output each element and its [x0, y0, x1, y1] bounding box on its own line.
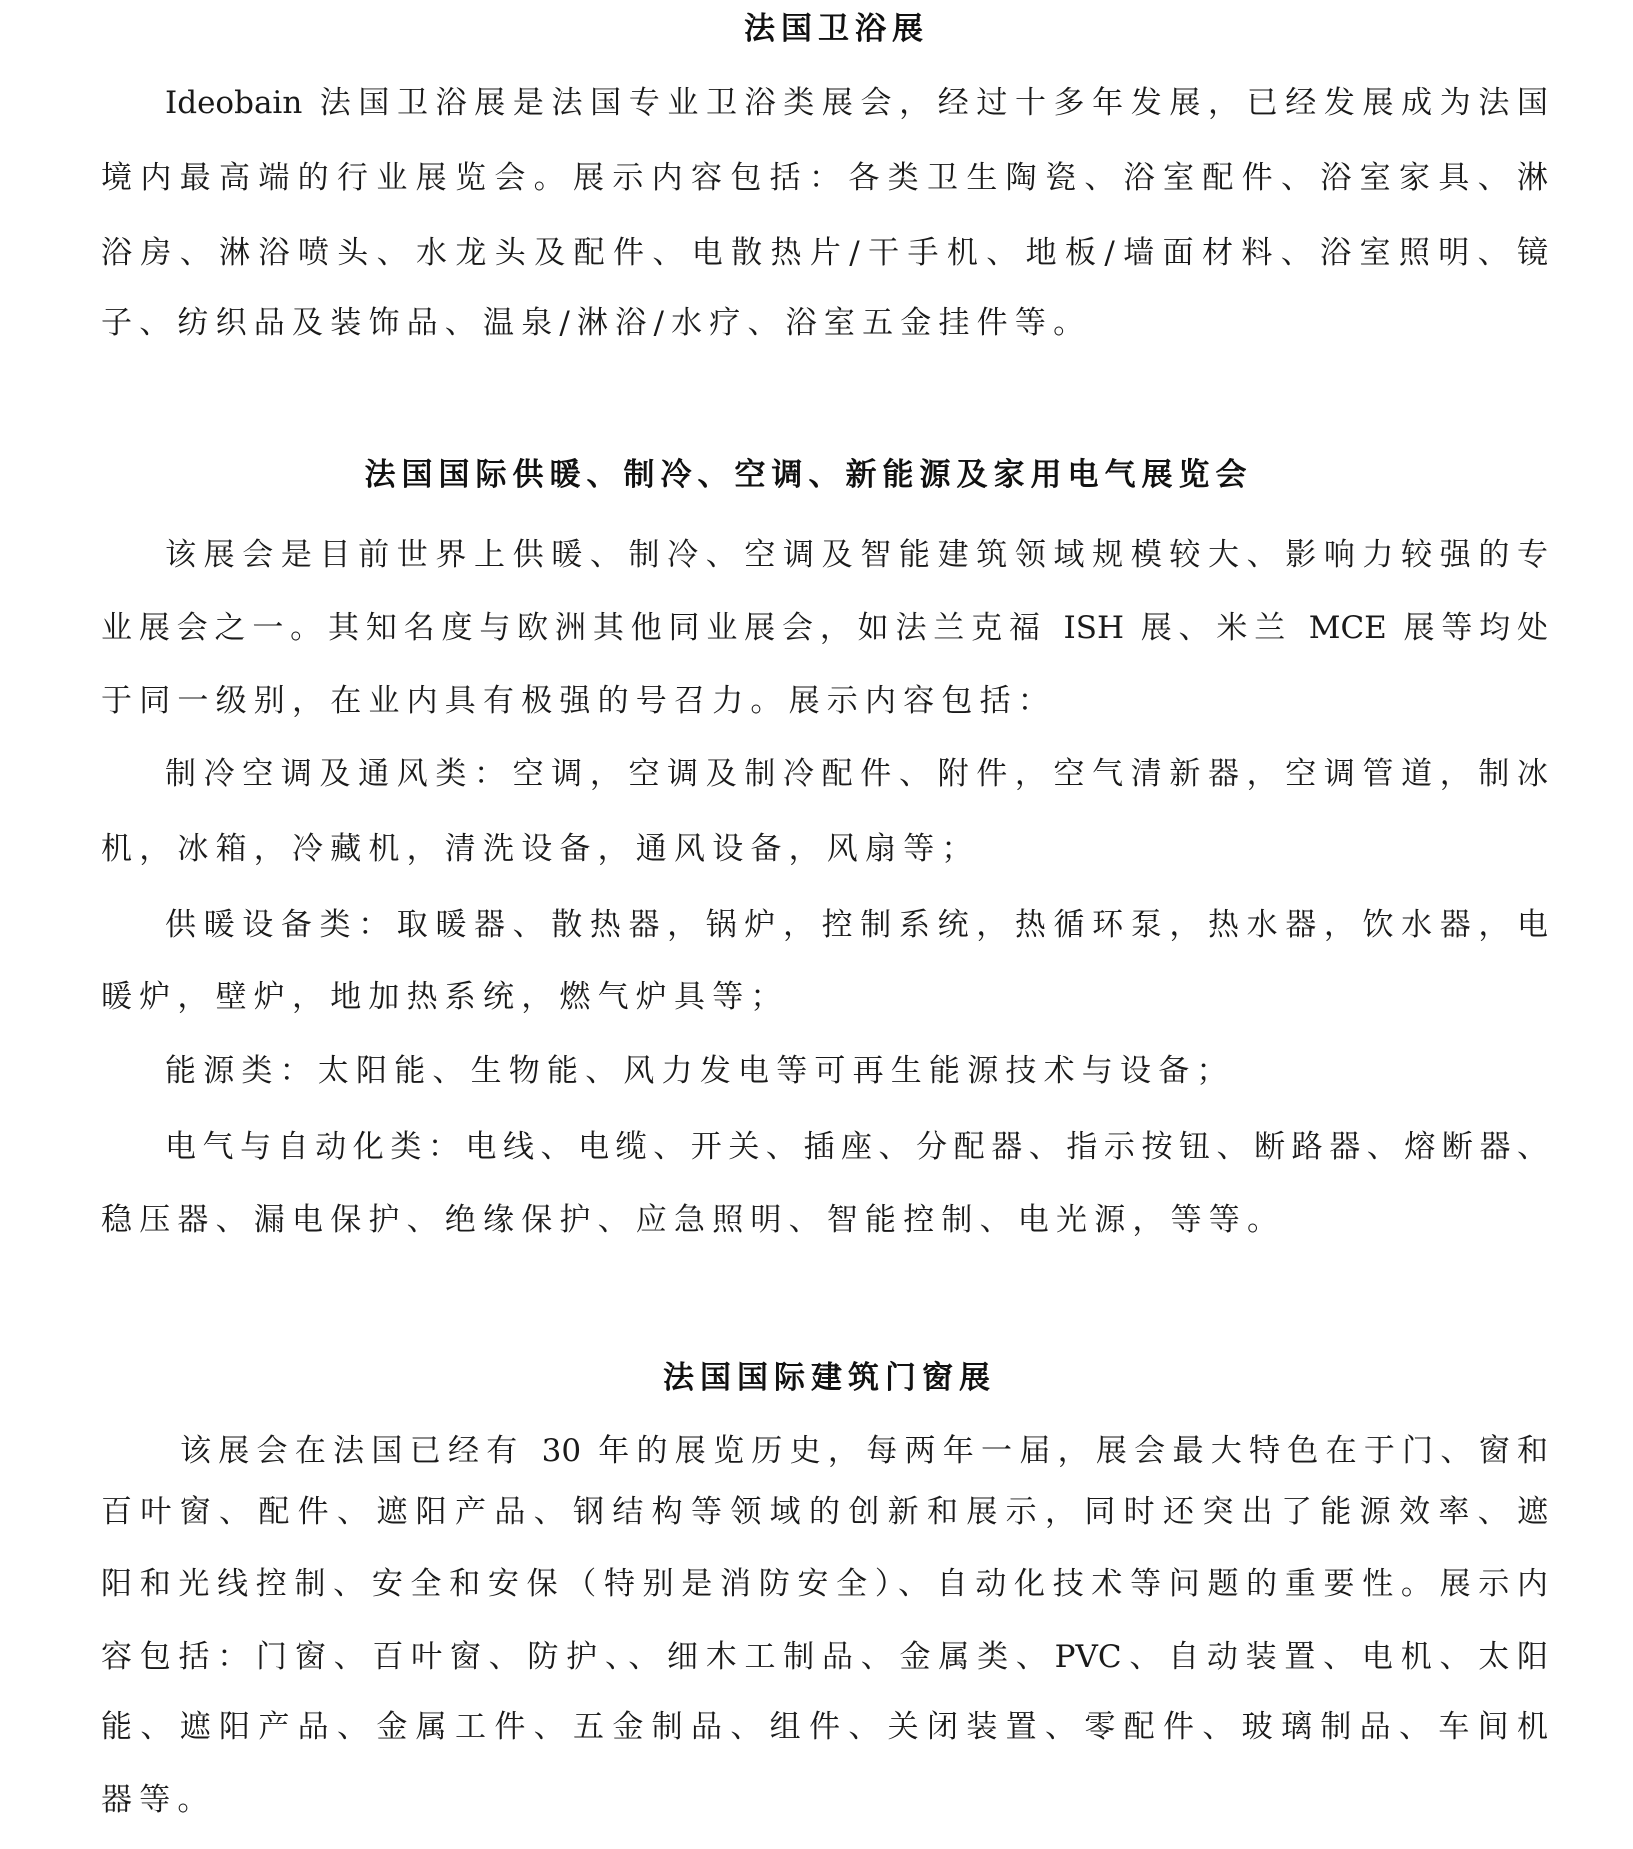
paragraph-line: 业展会之一。其知名度与欧洲其他同业展会，如法兰克福 ISH 展、米兰 MCE 展…	[101, 608, 1548, 648]
paragraph-line: Ideobain 法国卫浴展是法国专业卫浴类展会，经过十多年发展，已经发展成为法…	[165, 83, 1548, 123]
paragraph-line: 器等。	[101, 1780, 1548, 1820]
paragraph-line: 该展会在法国已经有 30 年的展览历史，每两年一届，展会最大特色在于门、窗和	[180, 1431, 1548, 1471]
document-page: 法国卫浴展 Ideobain 法国卫浴展是法国专业卫浴类展会，经过十多年发展，已…	[0, 0, 1633, 1849]
paragraph-line: 制冷空调及通风类：空调，空调及制冷配件、附件，空气清新器，空调管道，制冰	[165, 754, 1548, 794]
section-title-windows-doors-expo: 法国国际建筑门窗展	[13, 1358, 1633, 1398]
paragraph-line: 机，冰箱，冷藏机，清洗设备，通风设备，风扇等；	[101, 829, 1548, 869]
paragraph-line: 浴房、淋浴喷头、水龙头及配件、电散热片/干手机、地板/墙面材料、浴室照明、镜	[101, 233, 1548, 273]
paragraph-line: 百叶窗、配件、遮阳产品、钢结构等领域的创新和展示，同时还突出了能源效率、遮	[101, 1492, 1548, 1532]
paragraph-line: 于同一级别，在业内具有极强的号召力。展示内容包括：	[101, 681, 1548, 721]
paragraph-line: 稳压器、漏电保护、绝缘保护、应急照明、智能控制、电光源，等等。	[101, 1200, 1548, 1240]
section-title-bathroom-expo: 法国卫浴展	[20, 9, 1633, 49]
paragraph-line: 电气与自动化类：电线、电缆、开关、插座、分配器、指示按钮、断路器、熔断器、	[165, 1127, 1548, 1167]
paragraph-line: 供暖设备类：取暖器、散热器，锅炉，控制系统，热循环泵，热水器，饮水器，电	[165, 905, 1548, 945]
section-title-hvac-expo: 法国国际供暖、制冷、空调、新能源及家用电气展览会	[0, 455, 1625, 495]
paragraph-line: 阳和光线控制、安全和安保（特别是消防安全）、自动化技术等问题的重要性。展示内	[101, 1564, 1548, 1604]
paragraph-line: 能、遮阳产品、金属工件、五金制品、组件、关闭装置、零配件、玻璃制品、车间机	[101, 1707, 1548, 1747]
paragraph-line: 境内最高端的行业展览会。展示内容包括：各类卫生陶瓷、浴室配件、浴室家具、淋	[101, 158, 1548, 198]
paragraph-line: 暖炉，壁炉，地加热系统，燃气炉具等；	[101, 977, 1548, 1017]
paragraph-line: 该展会是目前世界上供暖、制冷、空调及智能建筑领域规模较大、影响力较强的专	[165, 535, 1548, 575]
paragraph-line: 容包括：门窗、百叶窗、防护、、细木工制品、金属类、PVC、自动装置、电机、太阳	[101, 1637, 1548, 1677]
paragraph-line: 能源类：太阳能、生物能、风力发电等可再生能源技术与设备；	[165, 1051, 1548, 1091]
paragraph-line: 子、纺织品及装饰品、温泉/淋浴/水疗、浴室五金挂件等。	[101, 303, 1548, 343]
